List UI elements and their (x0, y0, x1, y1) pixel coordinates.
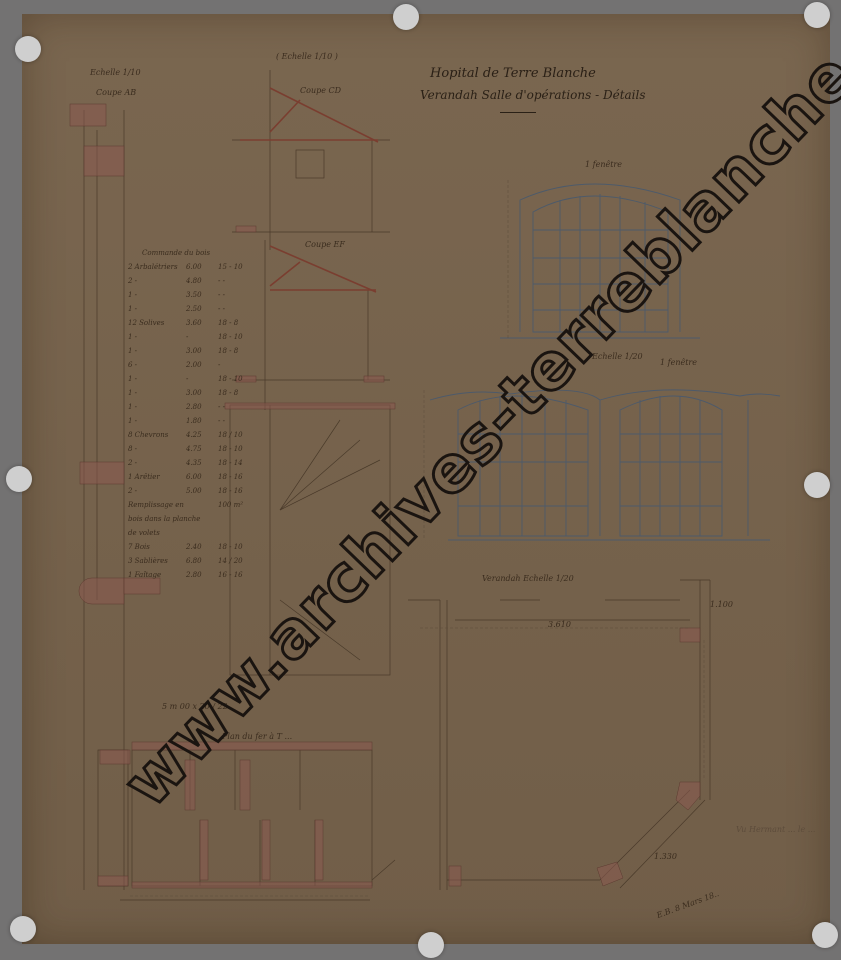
materials-length: 2.40 (186, 540, 218, 554)
materials-section: 18 - 10 (218, 442, 243, 456)
materials-section: 18 - 10 (218, 372, 243, 386)
materials-item: 1 - (128, 400, 186, 414)
materials-length: 4.75 (186, 442, 218, 456)
materials-item: Remplissage en (128, 498, 186, 512)
materials-length: 6.00 (186, 470, 218, 484)
materials-item: 2 - (128, 484, 186, 498)
materials-item: 1 - (128, 288, 186, 302)
materials-length: - (186, 372, 218, 386)
materials-length: 3.60 (186, 316, 218, 330)
materials-row: 1 -3.0018 - 8 (128, 386, 258, 400)
materials-section: 18 - 8 (218, 344, 238, 358)
materials-item: 1 Faîtage (128, 568, 186, 582)
left-section-label: Coupe AB (96, 88, 136, 97)
pencil-note: Vu Hermant ... le ... (736, 825, 815, 834)
materials-row: 1 --18 - 10 (128, 330, 258, 344)
materials-row: 8 -4.7518 - 10 (128, 442, 258, 456)
materials-row: 6 -2.00- (128, 358, 258, 372)
materials-item: 1 - (128, 302, 186, 316)
materials-row: 1 -2.80- - (128, 400, 258, 414)
materials-section: - - (218, 288, 225, 302)
coupe-cd-label: Coupe CD (300, 86, 341, 95)
materials-section: 18 - 16 (218, 484, 243, 498)
materials-row: 2 Arbalétriers6.0015 - 10 (128, 260, 258, 274)
materials-row: 1 -3.50- - (128, 288, 258, 302)
window-top-label: 1 fenêtre (585, 160, 622, 169)
materials-section: 18 - 16 (218, 470, 243, 484)
materials-section: - - (218, 302, 225, 316)
materials-length: 2.00 (186, 358, 218, 372)
dimension-main: 3.610 (548, 620, 571, 629)
materials-length: 3.00 (186, 386, 218, 400)
materials-item: 8 Chevrons (128, 428, 186, 442)
materials-row: 2 -4.80- - (128, 274, 258, 288)
materials-item: 3 Sablières (128, 554, 186, 568)
materials-length: 1.80 (186, 414, 218, 428)
window-pair-label: 1 fenêtre (660, 358, 697, 367)
materials-item: 12 Solives (128, 316, 186, 330)
materials-section: 18 - 10 (218, 540, 243, 554)
materials-row: 2 -5.0018 - 16 (128, 484, 258, 498)
materials-list: Commande du bois 2 Arbalétriers6.0015 - … (128, 246, 258, 582)
materials-item: de volets (128, 526, 186, 540)
materials-row: Remplissage en100 m² (128, 498, 258, 512)
materials-row: 12 Solives3.6018 - 8 (128, 316, 258, 330)
materials-item: 1 - (128, 330, 186, 344)
materials-length: - (186, 330, 218, 344)
materials-section: - - (218, 274, 225, 288)
materials-item: 1 - (128, 344, 186, 358)
materials-heading: Commande du bois (128, 246, 258, 260)
materials-item: 6 - (128, 358, 186, 372)
materials-length: 4.80 (186, 274, 218, 288)
materials-section: 18 - 8 (218, 386, 238, 400)
materials-item: 1 - (128, 414, 186, 428)
materials-item: 7 Bois (128, 540, 186, 554)
materials-row: 1 --18 - 10 (128, 372, 258, 386)
materials-section: 15 - 10 (218, 260, 243, 274)
materials-row: 1 Faîtage2.8016 - 16 (128, 568, 258, 582)
materials-item: 1 - (128, 386, 186, 400)
dimension-diagonal: 1.330 (654, 852, 677, 861)
materials-row: 3 Sablières6.8014 / 20 (128, 554, 258, 568)
materials-section: 14 / 20 (218, 554, 243, 568)
materials-item: 2 - (128, 274, 186, 288)
materials-length: 2.80 (186, 400, 218, 414)
materials-length: 4.25 (186, 428, 218, 442)
materials-row: de volets (128, 526, 258, 540)
materials-length: 2.50 (186, 302, 218, 316)
materials-item: 1 Arêtier (128, 470, 186, 484)
drawing-subtitle: Verandah Salle d'opérations - Détails (420, 88, 646, 102)
materials-section: 100 m² (218, 498, 243, 512)
left-scale-label: Echelle 1/10 (90, 68, 141, 77)
materials-row: bois dans la planche (128, 512, 258, 526)
materials-section: 16 - 16 (218, 568, 243, 582)
materials-section: 18 / 10 (218, 428, 243, 442)
materials-row: 2 -4.3518 - 14 (128, 456, 258, 470)
materials-item: 2 Arbalétriers (128, 260, 186, 274)
materials-item: 1 - (128, 372, 186, 386)
materials-section: - - (218, 414, 225, 428)
verandah-plan-label: Verandah Echelle 1/20 (482, 574, 574, 583)
materials-item: bois dans la planche (128, 512, 186, 526)
materials-item: 2 - (128, 456, 186, 470)
materials-row: 1 Arêtier6.0018 - 16 (128, 470, 258, 484)
coupe-ef-label: Coupe EF (305, 240, 345, 249)
materials-row: 1 -3.0018 - 8 (128, 344, 258, 358)
materials-section: 18 - 8 (218, 316, 238, 330)
materials-row: 1 -1.80- - (128, 414, 258, 428)
dimension-side: 1.100 (710, 600, 733, 609)
materials-row: 7 Bois2.4018 - 10 (128, 540, 258, 554)
materials-length: 6.00 (186, 260, 218, 274)
materials-section: - (218, 358, 220, 372)
materials-length: 5.00 (186, 484, 218, 498)
materials-item: 8 - (128, 442, 186, 456)
top-scale-label: ( Echelle 1/10 ) (276, 52, 338, 61)
materials-length: 2.80 (186, 568, 218, 582)
materials-length: 3.00 (186, 344, 218, 358)
drawing-title: Hopital de Terre Blanche (430, 66, 596, 81)
materials-length: 3.50 (186, 288, 218, 302)
materials-length: 4.35 (186, 456, 218, 470)
materials-section: - - (218, 400, 225, 414)
title-underline (500, 112, 536, 113)
materials-length: 6.80 (186, 554, 218, 568)
materials-row: 8 Chevrons4.2518 / 10 (128, 428, 258, 442)
materials-section: 18 - 14 (218, 456, 243, 470)
materials-section: 18 - 10 (218, 330, 243, 344)
materials-row: 1 -2.50- - (128, 302, 258, 316)
